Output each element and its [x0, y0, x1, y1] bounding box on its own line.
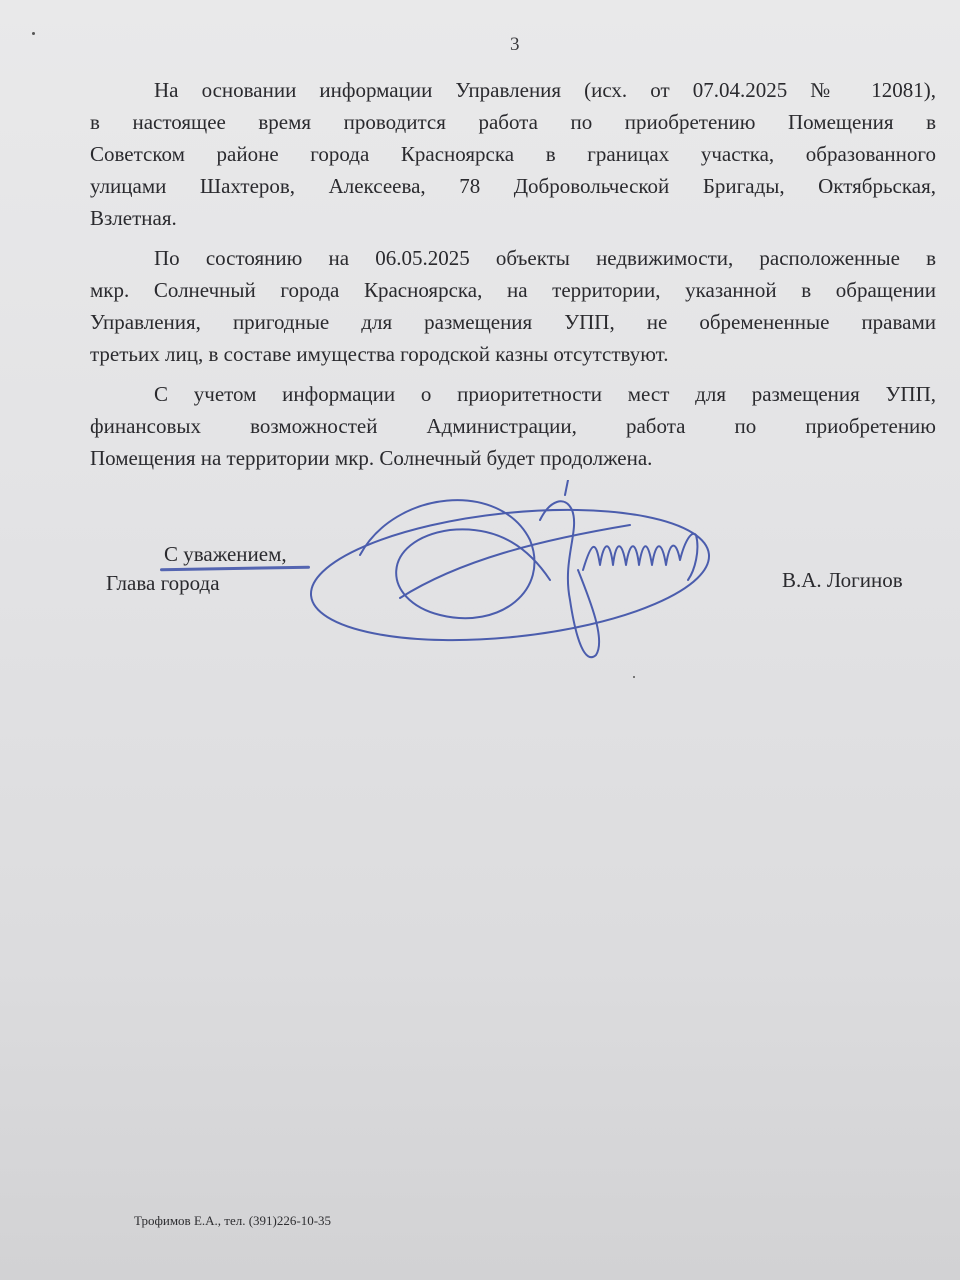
text-line: Помещения на территории мкр. Солнечный б… [90, 442, 936, 474]
text-line: По состоянию на 06.05.2025 объекты недви… [90, 242, 936, 274]
letter-body: На основании информации Управления (исх.… [90, 74, 936, 474]
text-line: третьих лиц, в составе имущества городск… [90, 338, 936, 370]
document-page: 3 На основании информации Управления (ис… [0, 0, 960, 1280]
text-line: Советском районе города Красноярска в гр… [90, 138, 936, 170]
paragraph-2: По состоянию на 06.05.2025 объекты недви… [90, 242, 936, 370]
text-line: Управления, пригодные для размещения УПП… [90, 306, 936, 338]
text-line: мкр. Солнечный города Красноярска, на те… [90, 274, 936, 306]
paragraph-1: На основании информации Управления (исх.… [90, 74, 936, 234]
signer-name: В.А. Логинов [782, 568, 903, 593]
signer-position: Глава города [106, 571, 220, 596]
text-line: финансовых возможностей Администрации, р… [90, 410, 936, 442]
handwritten-signature [300, 480, 740, 680]
text-line: С учетом информации о приоритетности мес… [90, 378, 936, 410]
executor-contact: Трофимов Е.А., тел. (391)226-10-35 [134, 1213, 331, 1229]
paper-speck [32, 32, 35, 35]
paragraph-3: С учетом информации о приоритетности мес… [90, 378, 936, 474]
closing-salutation: С уважением, [164, 542, 287, 567]
text-line: Взлетная. [90, 202, 936, 234]
page-number: 3 [510, 34, 520, 56]
text-line: улицами Шахтеров, Алексеева, 78 Добровол… [90, 170, 936, 202]
text-line: На основании информации Управления (исх.… [90, 74, 936, 106]
text-line: в настоящее время проводится работа по п… [90, 106, 936, 138]
